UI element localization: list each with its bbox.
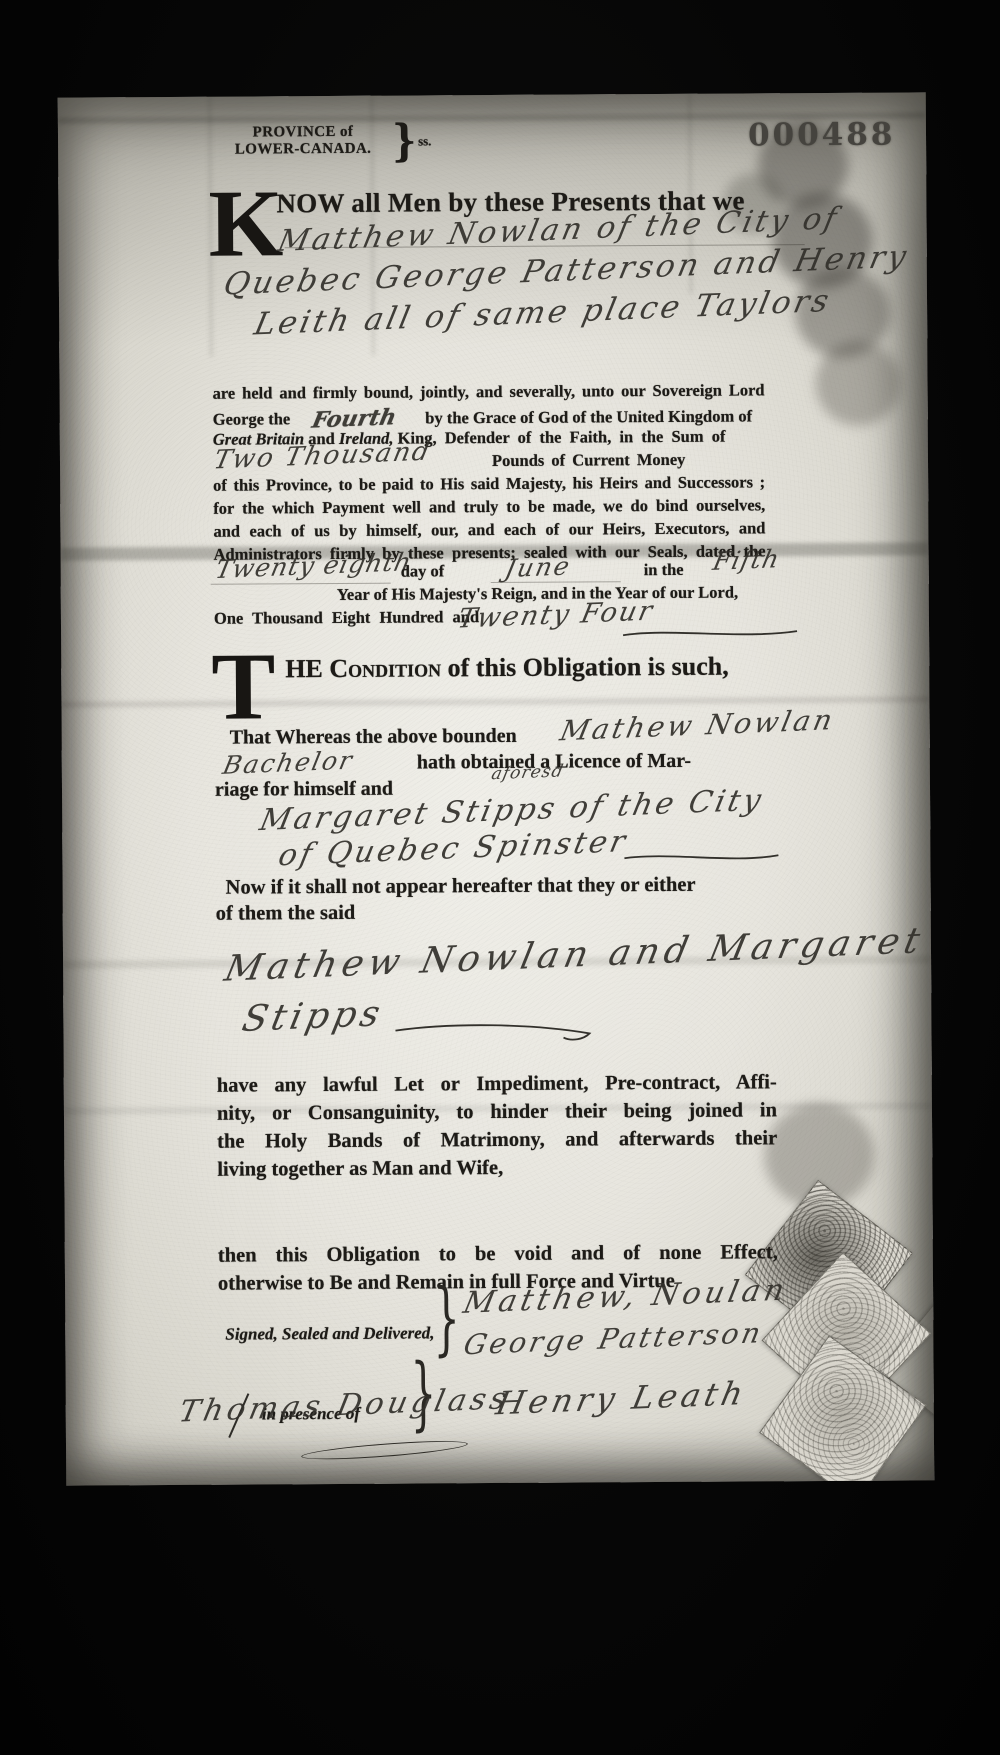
hw-couple-names-1: Mathew Nowlan and Margaret [228,932,922,977]
date-label-dayof: day of [401,561,445,581]
header-brace: } [392,114,417,166]
condition-headline-pre: HE [285,654,329,683]
signature-henry-leath: Henry Leath [498,1378,746,1418]
pen-flourish [393,1019,593,1044]
impediment-line-3: the Holy Bands of Matrimony, and afterwa… [217,1127,777,1153]
impediment-line-4: living together as Man and Wife, [217,1157,503,1182]
condition-headline-smallcaps: Condition [329,653,441,683]
condition-line-6: Now if it shall not appear hereafter tha… [226,874,696,900]
condition-headline-post: of this Obligation is such, [441,652,729,683]
bond-line-1: are held and firmly bound, jointly, and … [213,380,765,403]
hw-groom-status: Bachelor [224,748,353,778]
bond-line3-post: King, Defender of the Faith, in the Sum … [398,427,726,448]
bond-line-4-post: Pounds of Current Money [492,450,686,471]
dropcap-k: K [208,186,283,261]
sealed-delivered-label: Signed, Sealed and Delivered, [225,1323,434,1344]
hw-bride-status: of Quebec Spinster [280,830,626,867]
hw-interlined-word: aforesd [492,763,564,783]
stamp-number: 000488 [748,117,896,154]
void-line-1: then this Obligation to be void and of n… [218,1241,778,1267]
condition-line-1: That Whereas the above bounden [230,725,517,750]
signature-matthew-noulan: Matthew, Noulan [465,1278,787,1315]
impediment-line-2: nity, or Consanguinity, to hinder their … [217,1099,777,1125]
pen-flourish [622,849,782,866]
hw-sum-amount: Two Thousand [215,440,430,471]
bond-line2-pre: George the [213,409,291,428]
bond-line-11: One Thousand Eight Hundred and [214,607,479,629]
impediment-line-1: have any lawful Let or Impediment, Pre-c… [217,1071,777,1097]
hw-couple-names-2: Stipps [243,996,382,1038]
ink-stain [815,341,901,427]
handwritten-parties-1: Matthew Nowlan of the City of [280,211,836,249]
hw-bride-name: Margaret Stipps of the City [262,791,761,829]
hw-regnal-year: Fifth [714,545,780,574]
bond-line-5: of this Province, to be paid to His said… [213,472,765,495]
dropcap-t: T [211,649,275,724]
ss-label: ss. [418,133,431,149]
date-label-inthe: in the [644,560,684,580]
condition-line-7: of them the said [216,902,356,926]
bond-line-6: for the which Payment well and truly to … [213,495,765,518]
signature-flourish [301,1437,469,1463]
province-line2: LOWER-CANADA. [208,141,398,159]
province-heading: PROVINCE of LOWER-CANADA. [208,124,398,159]
signature-thomas-douglass: Thomas Douglass [181,1387,509,1424]
handwritten-parties-3: Leith all of same place Taylors [257,293,829,332]
signature-george-patterson: George Patterson [465,1321,762,1356]
execution-brace: } [433,1271,460,1364]
hw-date-day: Twenty eighth [217,551,411,581]
scanner-background: PROVINCE of LOWER-CANADA. } ss. 000488 K… [0,0,1000,1755]
condition-headline: HE Condition of this Obligation is such, [285,652,729,685]
bond-line2-post: by the Grace of God of the United Kingdo… [425,406,752,427]
province-line1: PROVINCE of [208,124,398,142]
hw-groom-name: Mathew Nowlan [562,708,834,743]
document-page: PROVINCE of LOWER-CANADA. } ss. 000488 K… [58,92,934,1485]
bond-line-7: and each of us by himself, our, and each… [213,518,765,541]
pen-flourish [621,625,801,642]
hw-date-month: June [506,553,571,582]
